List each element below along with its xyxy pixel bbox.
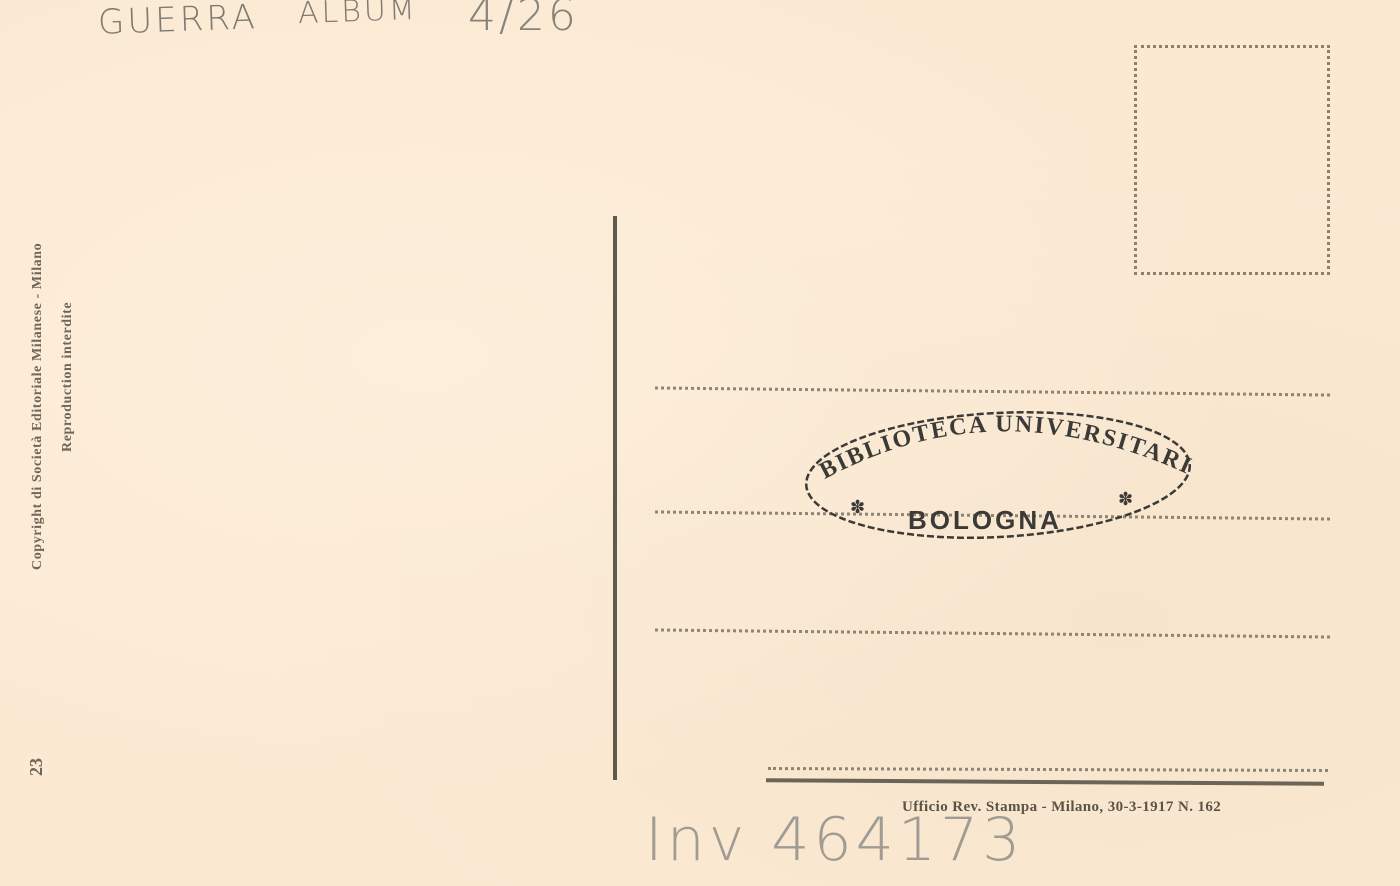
address-line: [768, 767, 1328, 772]
stamp-city: BOLOGNA: [908, 505, 1062, 535]
bottom-rule: [766, 778, 1324, 785]
address-line: [655, 628, 1330, 638]
svg-text:BIBLIOTECA UNIVERSITARIA: BIBLIOTECA UNIVERSITARIA: [800, 405, 1196, 484]
postage-stamp-box: [1134, 45, 1330, 275]
handwritten-guerra: GUERRA: [97, 0, 258, 43]
handwritten-album-number: 4/26: [468, 0, 579, 41]
library-stamp-oval-icon: BIBLIOTECA UNIVERSITARIA BOLOGNA ✽ ✽: [800, 405, 1196, 545]
library-stamp: BIBLIOTECA UNIVERSITARIA BOLOGNA ✽ ✽: [800, 405, 1196, 545]
stamp-ornament-left: ✽: [850, 497, 865, 517]
stamp-ornament-right: ✽: [1118, 489, 1133, 509]
address-line: [655, 386, 1330, 396]
handwritten-album: ALBUM: [297, 0, 418, 31]
reproduction-notice: Reproduction interdite: [60, 302, 76, 452]
card-number: 23: [26, 758, 47, 776]
message-address-divider: [613, 216, 617, 780]
inventory-number: Inv 464173: [645, 805, 1024, 875]
postcard-back: GUERRA ALBUM 4/26 Copyright di Società E…: [0, 0, 1400, 886]
publisher-copyright: Copyright di Società Editoriale Milanese…: [30, 243, 46, 570]
